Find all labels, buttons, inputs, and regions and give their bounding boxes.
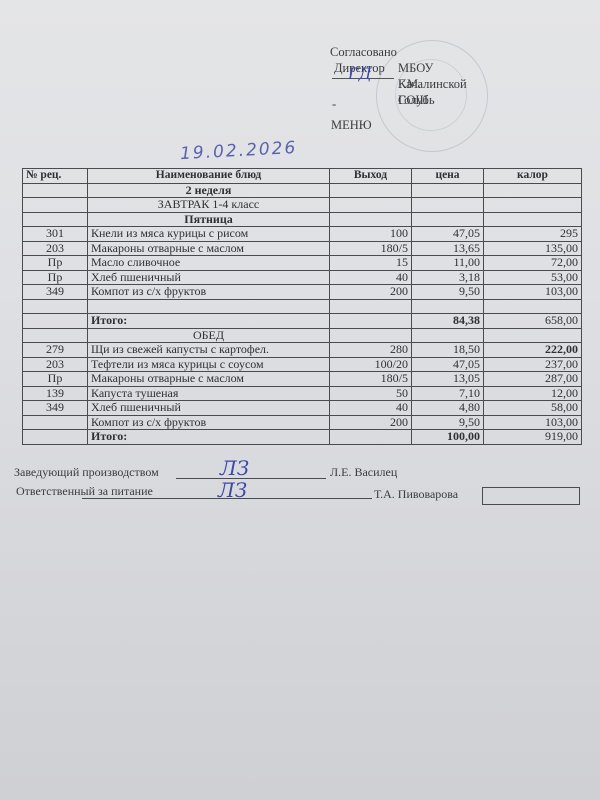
table-row: ПрХлеб пшеничный403,1853,00	[23, 270, 582, 285]
yield: 15	[330, 256, 412, 271]
table-row: 203Тефтели из мяса курицы с соусом100/20…	[23, 357, 582, 372]
handwritten-date: 19.02.2026	[180, 138, 298, 164]
recipe-number: 203	[23, 357, 88, 372]
recipe-number: 139	[23, 386, 88, 401]
week-label: 2 неделя	[88, 183, 330, 198]
calories: 103,00	[484, 285, 582, 300]
calories: 222,00	[484, 343, 582, 358]
yield: 280	[330, 343, 412, 358]
dish-name: Тефтели из мяса курицы с соусом	[88, 357, 330, 372]
yield: 180/5	[330, 372, 412, 387]
calories: 58,00	[484, 401, 582, 416]
nutrition-responsible-name: Т.А. Пивоварова	[374, 487, 458, 502]
empty-box	[482, 487, 580, 505]
price: 47,05	[412, 357, 484, 372]
recipe-number	[23, 415, 88, 430]
table-row: ПрМасло сливочное1511,0072,00	[23, 256, 582, 271]
yield: 200	[330, 415, 412, 430]
dish-name: Капуста тушеная	[88, 386, 330, 401]
breakfast-total-label: Итого:	[88, 314, 330, 329]
price: 4,80	[412, 401, 484, 416]
dish-name: Масло сливочное	[88, 256, 330, 271]
lunch-title: ОБЕД	[88, 328, 330, 343]
yield: 100/20	[330, 357, 412, 372]
lunch-total-price: 100,00	[412, 430, 484, 445]
lunch-title-row: ОБЕД	[23, 328, 582, 343]
table-row: 139Капуста тушеная507,1012,00	[23, 386, 582, 401]
price: 9,50	[412, 285, 484, 300]
recipe-number: 349	[23, 401, 88, 416]
recipe-number: Пр	[23, 256, 88, 271]
director-signature: ГД	[348, 66, 372, 82]
yield: 40	[330, 270, 412, 285]
recipe-number: 301	[23, 227, 88, 242]
calories: 12,00	[484, 386, 582, 401]
menu-table: № рец. Наименование блюд Выход цена кало…	[22, 168, 582, 445]
calories: 72,00	[484, 256, 582, 271]
table-row: ПрМакароны отварные с маслом180/513,0528…	[23, 372, 582, 387]
production-head-signature-line	[176, 478, 326, 479]
col-yield: Выход	[330, 169, 412, 184]
yield: 200	[330, 285, 412, 300]
spacer-row	[23, 299, 582, 314]
lunch-total-row: Итого: 100,00 919,00	[23, 430, 582, 445]
dish-name: Хлеб пшеничный	[88, 270, 330, 285]
breakfast-total-calories: 658,00	[484, 314, 582, 329]
yield: 100	[330, 227, 412, 242]
dish-name: Компот из с/х фруктов	[88, 415, 330, 430]
price: 18,50	[412, 343, 484, 358]
lunch-rows: 279Щи из свежей капусты с картофел.28018…	[23, 343, 582, 430]
dish-name: Макароны отварные с маслом	[88, 372, 330, 387]
lunch-total-label: Итого:	[88, 430, 330, 445]
week-row: 2 неделя	[23, 183, 582, 198]
calories: 53,00	[484, 270, 582, 285]
dish-name: Макароны отварные с маслом	[88, 241, 330, 256]
nutrition-responsible-label: Ответственный за питание	[16, 484, 153, 499]
recipe-number: Пр	[23, 270, 88, 285]
dish-name: Щи из свежей капусты с картофел.	[88, 343, 330, 358]
table-header-row: № рец. Наименование блюд Выход цена кало…	[23, 169, 582, 184]
recipe-number: 203	[23, 241, 88, 256]
dish-name: Компот из с/х фруктов	[88, 285, 330, 300]
production-head-signature: ЛЗ	[220, 456, 249, 480]
production-head-label: Заведующий производством	[14, 465, 159, 480]
price: 13,05	[412, 372, 484, 387]
recipe-number: 349	[23, 285, 88, 300]
price: 13,65	[412, 241, 484, 256]
col-recipe: № рец.	[23, 169, 88, 184]
dash: -	[332, 96, 336, 112]
col-calories: калор	[484, 169, 582, 184]
price: 7,10	[412, 386, 484, 401]
dish-name: Хлеб пшеничный	[88, 401, 330, 416]
breakfast-total-row: Итого: 84,38 658,00	[23, 314, 582, 329]
nutrition-signature: ЛЗ	[218, 478, 247, 502]
col-dish: Наименование блюд	[88, 169, 330, 184]
lunch-total-calories: 919,00	[484, 430, 582, 445]
calories: 103,00	[484, 415, 582, 430]
breakfast-title-row: ЗАВТРАК 1-4 класс	[23, 198, 582, 213]
breakfast-rows: 301Кнели из мяса курицы с рисом10047,052…	[23, 227, 582, 300]
day-label: Пятница	[88, 212, 330, 227]
price: 3,18	[412, 270, 484, 285]
table-row: 301Кнели из мяса курицы с рисом10047,052…	[23, 227, 582, 242]
breakfast-total-price: 84,38	[412, 314, 484, 329]
table-row: 349Хлеб пшеничный404,8058,00	[23, 401, 582, 416]
price: 11,00	[412, 256, 484, 271]
calories: 295	[484, 227, 582, 242]
calories: 135,00	[484, 241, 582, 256]
day-row: Пятница	[23, 212, 582, 227]
yield: 40	[330, 401, 412, 416]
breakfast-title: ЗАВТРАК 1-4 класс	[88, 198, 330, 213]
recipe-number: 279	[23, 343, 88, 358]
table-row: 349Компот из с/х фруктов2009,50103,00	[23, 285, 582, 300]
price: 9,50	[412, 415, 484, 430]
yield: 180/5	[330, 241, 412, 256]
table-row: Компот из с/х фруктов2009,50103,00	[23, 415, 582, 430]
calories: 237,00	[484, 357, 582, 372]
dish-name: Кнели из мяса курицы с рисом	[88, 227, 330, 242]
table-row: 203Макароны отварные с маслом180/513,651…	[23, 241, 582, 256]
recipe-number: Пр	[23, 372, 88, 387]
table-row: 279Щи из свежей капусты с картофел.28018…	[23, 343, 582, 358]
calories: 287,00	[484, 372, 582, 387]
yield: 50	[330, 386, 412, 401]
page-title: МЕНЮ	[331, 118, 372, 133]
price: 47,05	[412, 227, 484, 242]
director-name: Г.М. Голубь	[398, 76, 435, 108]
approved-label: Согласовано	[330, 44, 397, 60]
col-price: цена	[412, 169, 484, 184]
production-head-name: Л.Е. Василец	[330, 465, 397, 480]
